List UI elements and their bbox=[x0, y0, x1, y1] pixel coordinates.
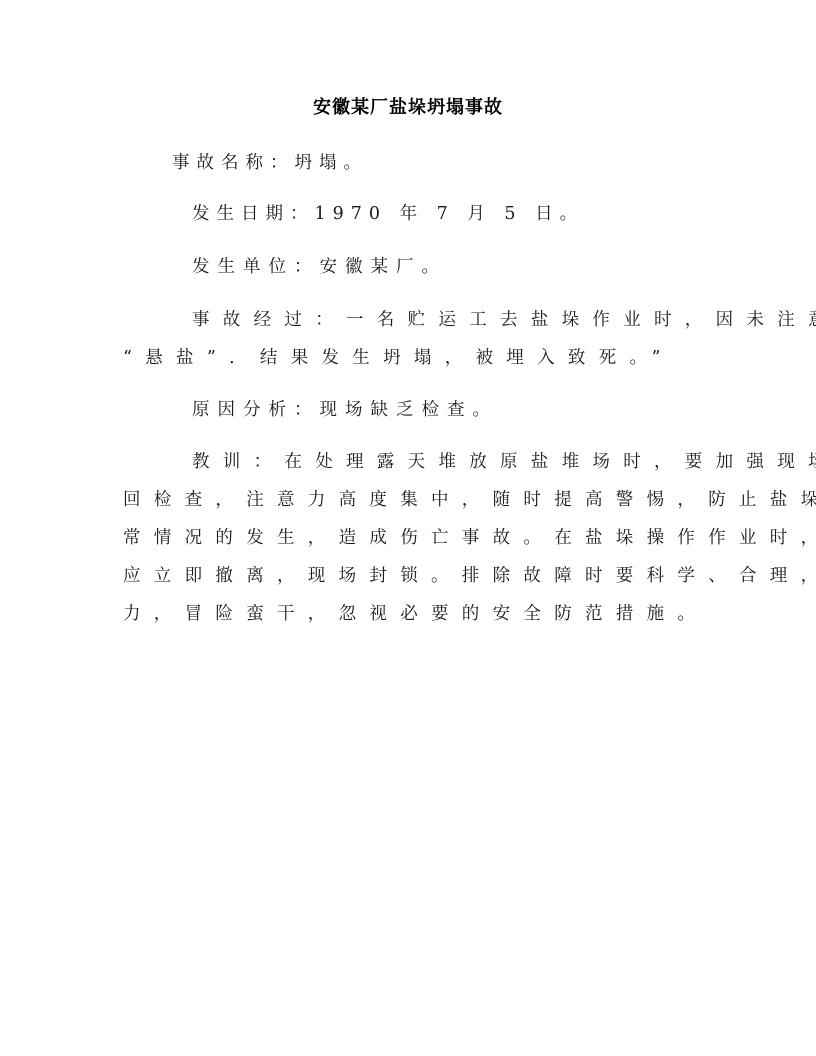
document-page: 安徽某厂盐垛坍塌事故 事故名称：坍塌。 发生日期：1970 年 7 月 5 日。… bbox=[0, 0, 816, 1056]
field-unit: 发生单位：安徽某厂。 bbox=[192, 255, 447, 279]
lesson-line: 应立即撤离，现场封锁。排除故障时要科学、合理，不能贪图省 bbox=[123, 564, 816, 588]
lesson-line: 常情况的发生，造成伤亡事故。在盐垛操作作业时，发现险情后 bbox=[123, 526, 816, 550]
process-line: “悬盐”．结果发生坍塌，被埋入致死。” bbox=[123, 346, 674, 370]
paragraph-cause: 原因分析：现场缺乏检查。 bbox=[192, 398, 498, 422]
lesson-line: 力，冒险蛮干，忽视必要的安全防范措施。 bbox=[123, 602, 708, 626]
document-title: 安徽某厂盐垛坍塌事故 bbox=[0, 96, 816, 120]
field-date: 发生日期：1970 年 7 月 5 日。 bbox=[192, 202, 584, 226]
field-accident-name: 事故名称：坍塌。 bbox=[172, 151, 368, 175]
process-line: 事故经过：一名贮运工去盐垛作业时，因未注意到上方的 bbox=[192, 308, 816, 332]
lesson-line: 教训：在处理露天堆放原盐堆场时，要加强现场检测及巡 bbox=[192, 450, 816, 474]
lesson-line: 回检查，注意力高度集中，随时提高警惕，防止盐垛坍塌等不正 bbox=[123, 488, 816, 512]
